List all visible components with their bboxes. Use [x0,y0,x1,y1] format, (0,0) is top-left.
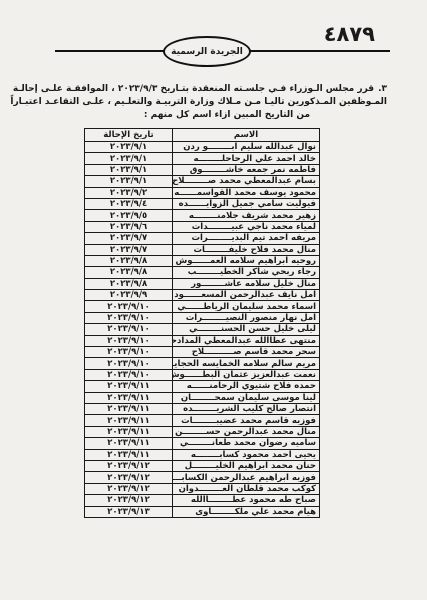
table-row: يحيى احمد محمود كسابــــــــه٢٠٢٣/٩/١١ [85,449,320,460]
referral-date-cell: ٢٠٢٣/٩/١١ [85,381,173,392]
name-cell: نعمت عبدالعزيز عثمان البطــــــوش [173,369,320,380]
name-cell: امل نايف عبدالرحمن المسعــــــود [173,290,320,301]
page-number: ٤٨٧٩ [324,22,375,46]
table-header-row: الاسم تاريخ الإحالة [85,129,320,142]
table-row: محمود يوسف محمد القواسمــــــه٢٠٢٣/٩/٢ [85,187,320,198]
referral-date-cell: ٢٠٢٣/٩/١١ [85,449,173,460]
table-row: زهير محمد شريف جلامنــــــــه٢٠٢٣/٩/٥ [85,210,320,221]
table-row: منال خليل سلامه عاشــــــــور٢٠٢٣/٩/٨ [85,278,320,289]
referral-date-cell: ٢٠٢٣/٩/١٢ [85,472,173,483]
name-cell: زهير محمد شريف جلامنــــــــه [173,210,320,221]
name-cell: سحر محمد قاسم صــــــــــلاح [173,347,320,358]
name-cell: اسماء محمد سليمان الرياطــــــي [173,301,320,312]
name-cell: محمود يوسف محمد القواسمــــــه [173,187,320,198]
name-cell: ساميه رضوان محمد طعانــــــــي [173,438,320,449]
table-row: رجاء ربحي شاكر الخطيــــــــب٢٠٢٣/٩/٨ [85,267,320,278]
name-cell: لينا موسى سليمان سمحــــــــان [173,392,320,403]
table-row: روحيه ابراهيم سلامه العمــــــوش٢٠٢٣/٩/٨ [85,255,320,266]
table-row: انتصار صالح كليب الشريــــــــده٢٠٢٣/٩/١… [85,403,320,414]
name-cell: حمده فلاح شتيوي الرحامنــــــه [173,381,320,392]
name-cell: رجاء ربحي شاكر الخطيــــــــب [173,267,320,278]
name-cell: منال محمد فلاح خليفــــــــات [173,244,320,255]
table-row: منتهى عطاالله عبدالمعطي المدادحــــه٢٠٢٣… [85,335,320,346]
table-row: خالد احمد علي الرحاحلــــــــه٢٠٢٣/٩/١ [85,153,320,164]
table-row: صباح طه محمود عطــــــــاالله٢٠٢٣/٩/١٢ [85,495,320,506]
name-cell: منال محمد عبدالرحمن حســــــــن [173,426,320,437]
referral-date-cell: ٢٠٢٣/٩/١٠ [85,312,173,323]
name-cell: مريم سالم سلامه الخمايسه الحجايــــا [173,358,320,369]
table-row: مريم سالم سلامه الخمايسه الحجايــــا٢٠٢٣… [85,358,320,369]
decree-paragraph: ٣.قرر مجلس الـوزراء فـي جلسـته المنعقدة … [37,83,387,122]
referral-date-cell: ٢٠٢٣/٩/٨ [85,267,173,278]
name-cell: منتهى عطاالله عبدالمعطي المدادحــــه [173,335,320,346]
table-row: نعمت عبدالعزيز عثمان البطــــــوش٢٠٢٣/٩/… [85,369,320,380]
name-cell: هيام محمد علي ملكــــــــاوى [173,506,320,517]
name-cell: نوال عبدالله سليم ابــــــــو ردن [173,142,320,153]
referral-date-cell: ٢٠٢٣/٩/٩ [85,290,173,301]
table-row: امل نايف عبدالرحمن المسعــــــود٢٠٢٣/٩/٩ [85,290,320,301]
decree-item-number: ٣. [378,84,387,94]
table-row: ساميه رضوان محمد طعانــــــــي٢٠٢٣/٩/١١ [85,438,320,449]
name-cell: امل نهار منصور النصيــــــــرات [173,312,320,323]
referral-date-cell: ٢٠٢٣/٩/١٣ [85,506,173,517]
referral-date-cell: ٢٠٢٣/٩/١١ [85,426,173,437]
decree-line-2: المـوظفين المـذكورين تاليـا مـن مـلاك وز… [37,96,387,109]
name-cell: بسام عبدالمعطي محمد صــــــــلاح [173,176,320,187]
referral-date-cell: ٢٠٢٣/٩/١ [85,176,173,187]
table-row: فيوليت سامي جميل الزوايــــــده٢٠٢٣/٩/٤ [85,198,320,209]
referral-date-cell: ٢٠٢٣/٩/٥ [85,210,173,221]
name-cell: يحيى احمد محمود كسابــــــــه [173,449,320,460]
referral-date-cell: ٢٠٢٣/٩/١١ [85,438,173,449]
name-cell: فوزيه ابراهيم عبدالرحمن الكسابــــره [173,472,320,483]
referral-date-cell: ٢٠٢٣/٩/٤ [85,198,173,209]
retirement-table-wrapper: الاسم تاريخ الإحالة نوال عبدالله سليم اب… [85,128,320,518]
table-row: حمده فلاح شتيوي الرحامنــــــه٢٠٢٣/٩/١١ [85,381,320,392]
referral-date-cell: ٢٠٢٣/٩/٨ [85,278,173,289]
name-cell: حنان محمد ابراهيم الخليــــــــل [173,460,320,471]
referral-date-cell: ٢٠٢٣/٩/١٠ [85,301,173,312]
table-row: فاطمه نمر جمعه خاشــــــــوق٢٠٢٣/٩/١ [85,164,320,175]
name-cell: كوكب محمد قلطان العــــــــدوان [173,483,320,494]
table-row: سحر محمد قاسم صــــــــــلاح٢٠٢٣/٩/١٠ [85,347,320,358]
name-cell: ليلى خليل حسن الحسنــــــــي [173,324,320,335]
referral-date-cell: ٢٠٢٣/٩/١٢ [85,460,173,471]
table-row: منال محمد عبدالرحمن حســــــــن٢٠٢٣/٩/١١ [85,426,320,437]
name-cell: فاطمه نمر جمعه خاشــــــــوق [173,164,320,175]
referral-date-cell: ٢٠٢٣/٩/٨ [85,255,173,266]
referral-date-cell: ٢٠٢٣/٩/١١ [85,392,173,403]
table-row: مريفه احمد تيم البديــــــــرات٢٠٢٣/٩/٧ [85,233,320,244]
retirement-table: الاسم تاريخ الإحالة نوال عبدالله سليم اب… [84,128,320,518]
table-row: لينا موسى سليمان سمحــــــــان٢٠٢٣/٩/١١ [85,392,320,403]
name-cell: فوزيه قاسم محمد عضيبــــــــات [173,415,320,426]
name-cell: فيوليت سامي جميل الزوايــــــده [173,198,320,209]
table-row: فوزيه ابراهيم عبدالرحمن الكسابــــره٢٠٢٣… [85,472,320,483]
referral-date-cell: ٢٠٢٣/٩/١١ [85,403,173,414]
table-row: كوكب محمد قلطان العــــــــدوان٢٠٢٣/٩/١٢ [85,483,320,494]
referral-date-cell: ٢٠٢٣/٩/٧ [85,233,173,244]
name-cell: انتصار صالح كليب الشريــــــــده [173,403,320,414]
header-referral-date: تاريخ الإحالة [85,129,173,142]
referral-date-cell: ٢٠٢٣/٩/١ [85,153,173,164]
referral-date-cell: ٢٠٢٣/٩/١٢ [85,483,173,494]
table-row: نوال عبدالله سليم ابــــــــو ردن٢٠٢٣/٩/… [85,142,320,153]
referral-date-cell: ٢٠٢٣/٩/١ [85,164,173,175]
gazette-banner-ellipse: الجريدة الرسمية [163,36,251,67]
gazette-page: ٤٨٧٩ الجريدة الرسمية ٣.قرر مجلس الـوزراء… [0,0,427,600]
name-cell: روحيه ابراهيم سلامه العمــــــوش [173,255,320,266]
table-row: منال محمد فلاح خليفــــــــات٢٠٢٣/٩/٧ [85,244,320,255]
table-row: حنان محمد ابراهيم الخليــــــــل٢٠٢٣/٩/١… [85,460,320,471]
gazette-banner-label: الجريدة الرسمية [171,47,243,57]
name-cell: منال خليل سلامه عاشــــــــور [173,278,320,289]
table-row: بسام عبدالمعطي محمد صــــــــلاح٢٠٢٣/٩/١ [85,176,320,187]
referral-date-cell: ٢٠٢٣/٩/٦ [85,221,173,232]
table-row: امل نهار منصور النصيــــــــرات٢٠٢٣/٩/١٠ [85,312,320,323]
referral-date-cell: ٢٠٢٣/٩/٢ [85,187,173,198]
table-row: ليلى خليل حسن الحسنــــــــي٢٠٢٣/٩/١٠ [85,324,320,335]
table-row: هيام محمد علي ملكــــــــاوى٢٠٢٣/٩/١٣ [85,506,320,517]
table-body: نوال عبدالله سليم ابــــــــو ردن٢٠٢٣/٩/… [85,142,320,518]
table-row: لمياء محمد ناجي عبيــــــــدات٢٠٢٣/٩/٦ [85,221,320,232]
name-cell: خالد احمد علي الرحاحلــــــــه [173,153,320,164]
name-cell: صباح طه محمود عطــــــــاالله [173,495,320,506]
referral-date-cell: ٢٠٢٣/٩/١٠ [85,358,173,369]
name-cell: مريفه احمد تيم البديــــــــرات [173,233,320,244]
decree-line-3: من التاريخ المبين ازاء اسم كل منهم : [37,109,387,122]
referral-date-cell: ٢٠٢٣/٩/١٠ [85,324,173,335]
header-name: الاسم [173,129,320,142]
referral-date-cell: ٢٠٢٣/٩/١ [85,142,173,153]
table-row: فوزيه قاسم محمد عضيبــــــــات٢٠٢٣/٩/١١ [85,415,320,426]
name-cell: لمياء محمد ناجي عبيــــــــدات [173,221,320,232]
referral-date-cell: ٢٠٢٣/٩/١١ [85,415,173,426]
referral-date-cell: ٢٠٢٣/٩/١٢ [85,495,173,506]
table-row: اسماء محمد سليمان الرياطــــــي٢٠٢٣/٩/١٠ [85,301,320,312]
referral-date-cell: ٢٠٢٣/٩/٧ [85,244,173,255]
decree-line-1-text: قرر مجلس الـوزراء فـي جلسـته المنعقدة بت… [13,84,374,94]
referral-date-cell: ٢٠٢٣/٩/١٠ [85,335,173,346]
referral-date-cell: ٢٠٢٣/٩/١٠ [85,369,173,380]
decree-line-1: ٣.قرر مجلس الـوزراء فـي جلسـته المنعقدة … [37,83,387,96]
referral-date-cell: ٢٠٢٣/٩/١٠ [85,347,173,358]
